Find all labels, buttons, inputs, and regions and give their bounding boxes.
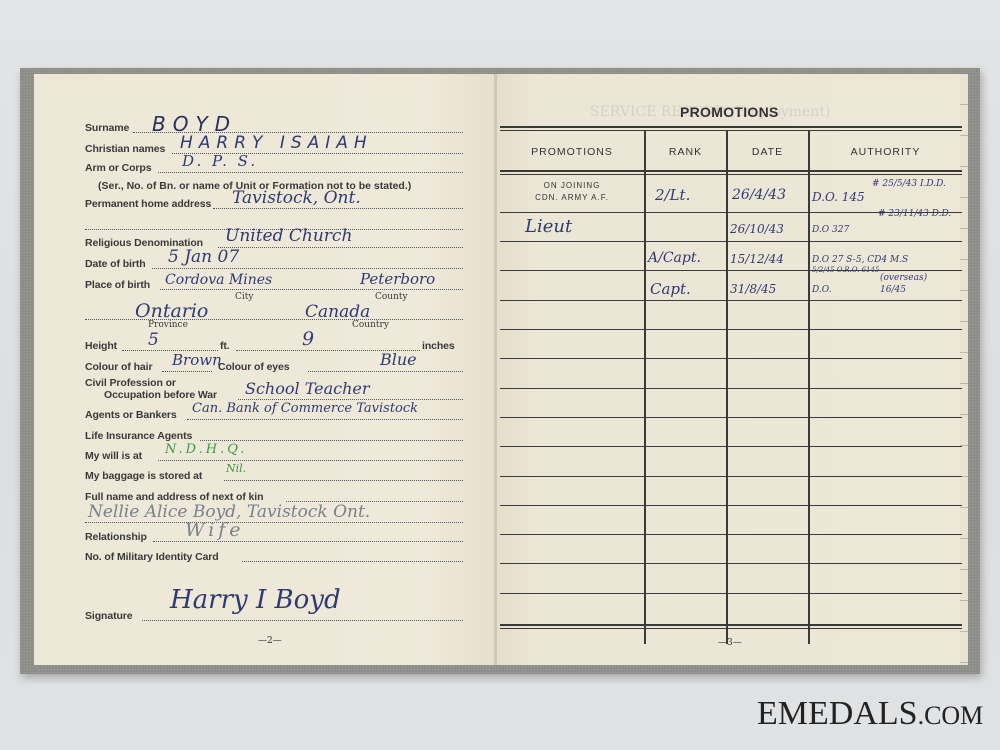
column-divider <box>644 130 646 644</box>
religion-value: United Church <box>225 226 352 246</box>
emedals-watermark: EMEDALS.COM <box>757 695 983 733</box>
dotted-line <box>158 459 463 461</box>
page-number-left: —2— <box>258 636 282 646</box>
christian-names-value: HARRY ISAIAH <box>180 133 373 153</box>
promotion-cell: Lieut <box>525 216 572 237</box>
authority-note: 5/2/45 O.R.O. 6145 <box>812 266 879 274</box>
row-divider <box>500 388 962 389</box>
dotted-line <box>218 246 463 248</box>
christian-names-label: Christian names <box>85 143 165 155</box>
dotted-line <box>308 370 463 372</box>
row-divider <box>500 300 962 301</box>
table-border <box>500 170 962 172</box>
signature-value: Harry I Boyd <box>170 585 341 615</box>
county-sublabel: County <box>375 292 408 302</box>
row-divider <box>500 417 962 418</box>
page-number-right: —3— <box>718 638 742 648</box>
province-value: Ontario <box>135 300 208 322</box>
civil-profession-label: Civil Profession or <box>85 377 176 389</box>
watermark-main: EMEDALS <box>757 695 918 732</box>
date-cell: 15/12/44 <box>730 252 784 266</box>
authority-cell: D.O 27 S-5, CD4 M.S <box>812 255 957 265</box>
date-cell: 26/10/43 <box>730 222 784 236</box>
row-divider <box>500 358 962 359</box>
row-divider <box>500 241 962 242</box>
dotted-line <box>152 267 463 269</box>
dotted-line <box>200 439 463 441</box>
country-sublabel: Country <box>352 320 389 330</box>
signature-label: Signature <box>85 610 133 622</box>
table-border <box>500 624 962 626</box>
column-header-date: DATE <box>727 146 808 158</box>
arm-corps-label: Arm or Corps <box>85 162 151 174</box>
province-sublabel: Province <box>148 320 188 330</box>
authority-note: (overseas) 16/45 <box>880 272 955 296</box>
arm-corps-value: D. P. S. <box>182 152 258 170</box>
row-divider <box>500 593 962 594</box>
table-border <box>500 174 962 175</box>
column-header-rank: RANK <box>645 146 726 158</box>
row-divider <box>500 329 962 330</box>
occupation-label: Occupation before War <box>104 389 217 401</box>
hair-colour-value: Brown <box>172 351 222 369</box>
date-cell: 26/4/43 <box>732 187 786 203</box>
rank-cell: A/Capt. <box>648 250 701 266</box>
table-border <box>500 130 962 131</box>
dotted-line <box>160 288 463 290</box>
row-divider <box>500 505 962 506</box>
hair-colour-label: Colour of hair <box>85 361 152 373</box>
column-header-promotions: PROMOTIONS <box>500 146 644 158</box>
dotted-line <box>242 560 463 562</box>
bankers-value: Can. Bank of Commerce Tavistock <box>192 401 418 416</box>
authority-cell: D.O 327 <box>812 225 849 235</box>
will-location-label: My will is at <box>85 450 142 462</box>
promotions-title: PROMOTIONS <box>680 104 779 120</box>
life-insurance-label: Life Insurance Agents <box>85 430 192 442</box>
baggage-label: My baggage is stored at <box>85 470 202 482</box>
dotted-line <box>187 418 463 420</box>
column-divider <box>808 130 810 644</box>
table-border <box>500 628 962 629</box>
column-header-authority: AUTHORITY <box>809 146 962 158</box>
date-of-birth-label: Date of birth <box>85 258 146 270</box>
authority-note: # 23/11/43 D.D. <box>878 208 958 220</box>
row-divider <box>500 563 962 564</box>
date-cell: 31/8/45 <box>730 282 776 296</box>
relationship-value: Wife <box>185 519 245 541</box>
row-divider <box>500 476 962 477</box>
row-divider <box>500 270 962 271</box>
dotted-line <box>162 370 212 372</box>
dotted-line <box>158 171 463 173</box>
rank-cell: Capt. <box>650 280 691 298</box>
baggage-value: Nil. <box>226 462 246 475</box>
dotted-line <box>238 398 463 400</box>
country-value: Canada <box>305 302 370 322</box>
home-address-label: Permanent home address <box>85 198 211 210</box>
row-divider <box>500 446 962 447</box>
occupation-value: School Teacher <box>245 379 370 398</box>
home-address-value: Tavistock, Ont. <box>232 188 361 208</box>
watermark-suffix: .COM <box>918 701 984 730</box>
column-divider <box>726 130 728 644</box>
eye-colour-label: Colour of eyes <box>218 361 290 373</box>
date-of-birth-value: 5 Jan 07 <box>168 247 239 267</box>
dotted-line <box>142 619 463 621</box>
height-ft-value: 5 <box>148 330 159 350</box>
relationship-label: Relationship <box>85 531 147 543</box>
city-sublabel: City <box>235 292 253 302</box>
right-page <box>497 74 960 665</box>
table-border <box>500 126 962 128</box>
county-value: Peterboro <box>360 270 435 288</box>
eye-colour-value: Blue <box>380 350 417 369</box>
place-of-birth-label: Place of birth <box>85 279 150 291</box>
height-in-value: 9 <box>302 328 314 350</box>
row-divider <box>500 534 962 535</box>
inches-label: inches <box>422 340 455 352</box>
bankers-label: Agents or Bankers <box>85 409 177 421</box>
authority-cell: D.O. 145 <box>812 190 865 204</box>
surname-label: Surname <box>85 122 129 134</box>
page-edges <box>960 74 968 665</box>
city-value: Cordova Mines <box>165 272 272 288</box>
height-label: Height <box>85 340 117 352</box>
military-id-label: No. of Military Identity Card <box>85 551 219 563</box>
authority-cell: D.O. <box>812 285 831 295</box>
dotted-line <box>224 479 463 481</box>
will-location-value: N.D.H.Q. <box>165 442 247 457</box>
authority-note: # 25/5/43 I.D.D. <box>872 178 957 190</box>
promotion-cell: ON JOINING CDN. ARMY A.F. <box>500 180 644 204</box>
rank-cell: 2/Lt. <box>655 186 690 204</box>
